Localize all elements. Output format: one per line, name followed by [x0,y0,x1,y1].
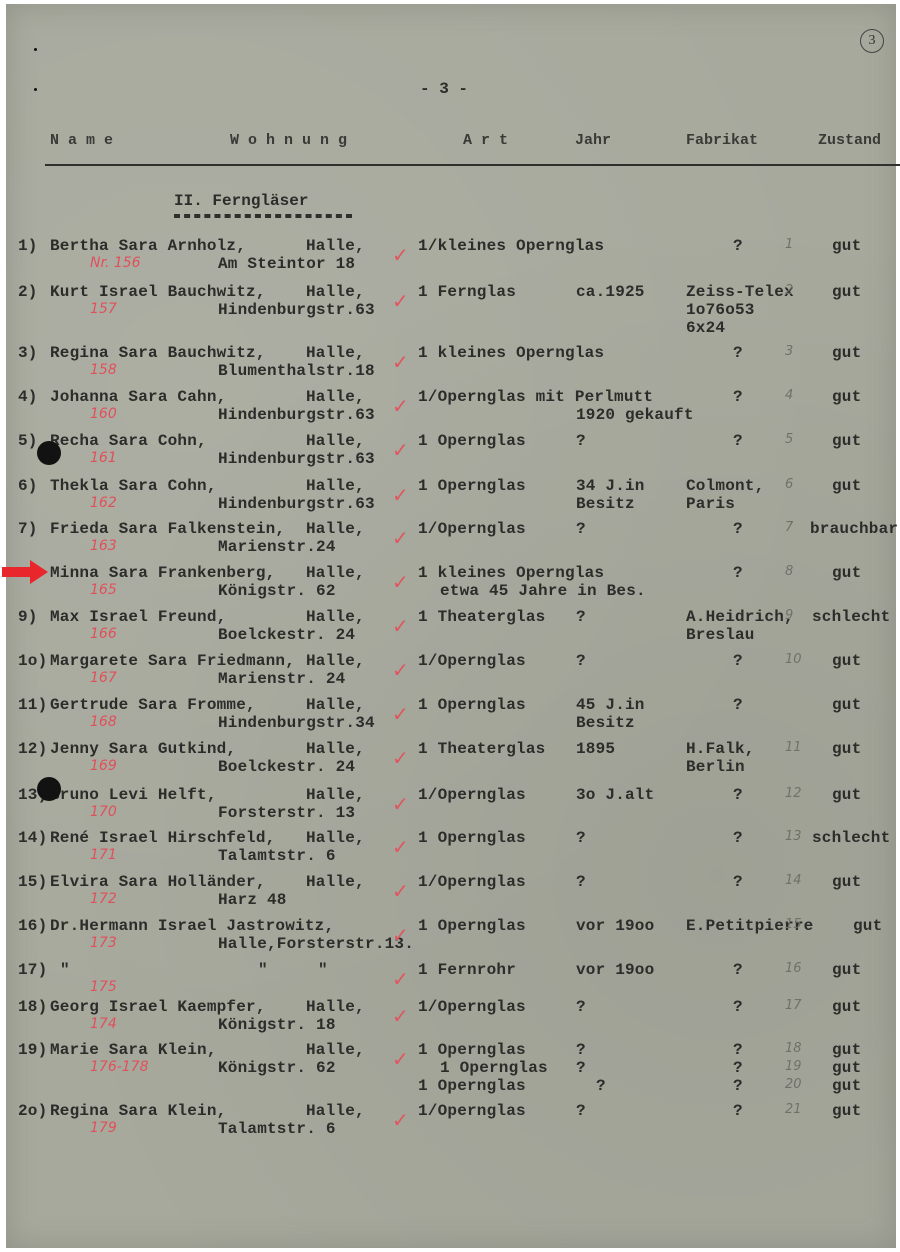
item-type: 1/kleines Opernglas [418,237,604,255]
owner-name: Jenny Sara Gutkind, [50,740,236,758]
red-checkmark-icon: ✓ [392,614,409,638]
item-maker-line2: Breslau [686,626,755,644]
item-year: ? [576,1041,586,1059]
pencil-count: 5 [785,432,793,447]
owner-name: Regina Sara Bauchwitz, [50,344,266,362]
address-street: Königstr. 62 [218,1059,336,1077]
red-reference-number: 161 [90,450,117,466]
address-city: Halle, [306,477,365,495]
owner-name: René Israel Hirschfeld, [50,829,275,847]
owner-name: Dr.Hermann Israel Jastrowitz, [50,917,334,935]
item-type: 1/Opernglas mit Perlmutt [418,388,653,406]
pencil-count: 6 [785,477,793,492]
item-maker: ? [733,344,743,362]
red-checkmark-icon: ✓ [392,483,409,507]
owner-name: Marie Sara Klein, [50,1041,217,1059]
item-maker: ? [733,873,743,891]
address-city: Halle, [306,652,365,670]
row-number: 1) [18,237,38,255]
item-maker: ? [733,520,743,538]
red-reference-number: 163 [90,538,117,554]
red-checkmark-icon: ✓ [392,1108,409,1132]
punch-hole [37,777,61,801]
address-street: Talamtstr. 6 [218,1120,336,1138]
pencil-count: 16 [785,961,802,976]
red-checkmark-icon: ✓ [392,350,409,374]
red-checkmark-icon: ✓ [392,879,409,903]
address-city: Halle, [306,388,365,406]
address-street: Königstr. 62 [218,582,336,600]
item-type: 1 Fernrohr [418,961,516,979]
row-number: 16) [18,917,47,935]
pencil-count: 7 [785,520,793,535]
owner-name: Minna Sara Frankenberg, [50,564,275,582]
item-maker-line3: ? [733,1077,743,1095]
item-maker-line2: 1o76o53 [686,301,755,319]
red-checkmark-icon: ✓ [392,923,409,947]
item-type: 1 Theaterglas [418,740,545,758]
item-condition: gut [832,564,861,582]
column-header-zustand: Zustand [818,132,881,149]
item-maker-line2: Berlin [686,758,745,776]
item-condition: schlecht [812,829,890,847]
item-year: ? [576,1102,586,1120]
pencil-count: 11 [785,740,802,755]
section-title: II. Ferngläser [174,192,308,210]
address-street: Am Steintor 18 [218,255,355,273]
item-type: 1 Opernglas [418,1077,526,1095]
red-reference-number: 167 [90,670,117,686]
item-note: 1 Opernglas [440,1059,548,1077]
punch-hole [37,441,61,465]
item-condition: gut [832,237,861,255]
item-year: vor 19oo [576,961,654,979]
address-city: Halle, [306,237,365,255]
item-maker-line2: Paris [686,495,735,513]
item-type: 1 kleines Opernglas [418,564,604,582]
address-street: Harz 48 [218,891,287,909]
address-city: Halle, [306,998,365,1016]
street-ditto: " [318,961,328,979]
pencil-count: 13 [785,829,802,844]
pencil-count: 4 [785,388,793,403]
red-reference-number: 171 [90,847,117,863]
row-number: 18) [18,998,47,1016]
address-street: Talamtstr. 6 [218,847,336,865]
item-year-line2: Besitz [576,495,635,513]
address-street: Hindenburgstr.63 [218,450,375,468]
pencil-count: 14 [785,873,802,888]
circled-page-number: 3 [860,29,884,53]
address-city: Halle, [306,786,365,804]
item-maker: Zeiss-Telex [686,283,794,301]
item-year: ? [596,1077,606,1095]
address-street: Marienstr.24 [218,538,336,556]
row-number: 2) [18,283,38,301]
highlight-arrow-icon [2,560,48,584]
page-number: - 3 - [420,80,468,98]
row-number: 7) [18,520,38,538]
red-reference-number: 165 [90,582,117,598]
item-year: ? [576,998,586,1016]
item-maker: H.Falk, [686,740,755,758]
item-condition: gut [832,998,861,1016]
address-street: Hindenburgstr.34 [218,714,375,732]
red-checkmark-icon: ✓ [392,658,409,682]
item-type: 1/Opernglas [418,652,526,670]
owner-name: Georg Israel Kaempfer, [50,998,266,1016]
owner-name: Thekla Sara Cohn, [50,477,217,495]
address-city: Halle, [306,696,365,714]
pencil-count: 15 [785,917,802,932]
address-city: Halle, [306,608,365,626]
item-year: ? [576,432,586,450]
pencil-count: 10 [785,652,802,667]
pencil-count: 1 [785,237,793,252]
row-number: 6) [18,477,38,495]
row-number: 3) [18,344,38,362]
owner-name: Recha Sara Cohn, [50,432,207,450]
item-maker: ? [733,696,743,714]
red-reference-number: 169 [90,758,117,774]
address-city: Halle, [306,829,365,847]
address-city: Halle, [306,1041,365,1059]
header-rule [45,164,900,166]
red-checkmark-icon: ✓ [392,243,409,267]
red-checkmark-icon: ✓ [392,746,409,770]
item-year: ? [576,873,586,891]
red-reference-number: 179 [90,1120,117,1136]
pencil-count: 3 [785,344,793,359]
owner-name: Elvira Sara Holländer, [50,873,266,891]
item-year: ca.1925 [576,283,645,301]
row-number: 2o) [18,1102,47,1120]
item-condition: gut [832,696,861,714]
red-checkmark-icon: ✓ [392,289,409,313]
item-type: 1 Opernglas [418,696,526,714]
item-type: 1 Opernglas [418,1041,526,1059]
address-street: Halle,Forsterstr.13. [218,935,414,953]
red-reference-number: 158 [90,362,117,378]
item-maker: ? [733,786,743,804]
item-type: 1/Opernglas [418,1102,526,1120]
red-reference-number: 174 [90,1016,117,1032]
address-street: Boelckestr. 24 [218,626,355,644]
item-condition: gut [832,1041,861,1059]
item-maker: A.Heidrich, [686,608,794,626]
item-condition: gut [832,477,861,495]
item-type: 1 kleines Opernglas [418,344,604,362]
item-year: ? [576,652,586,670]
red-reference-number: 172 [90,891,117,907]
item-year: 34 J.in [576,477,645,495]
address-street: Blumenthalstr.18 [218,362,375,380]
item-note: etwa 45 Jahre in Bes. [440,582,646,600]
item-year: ? [576,608,586,626]
section-underline [174,214,352,218]
row-number: 12) [18,740,47,758]
item-maker: ? [733,829,743,847]
item-condition: gut [832,432,861,450]
item-condition: gut [832,652,861,670]
address-street: Hindenburgstr.63 [218,301,375,319]
item-year: vor 19oo [576,917,654,935]
item-condition: gut [832,961,861,979]
address-street: Hindenburgstr.63 [218,495,375,513]
item-maker: ? [733,998,743,1016]
item-maker: ? [733,564,743,582]
address-city: Halle, [306,1102,365,1120]
red-checkmark-icon: ✓ [392,438,409,462]
red-reference-number: 166 [90,626,117,642]
address-street: Hindenburgstr.63 [218,406,375,424]
item-condition: gut [832,1077,861,1095]
row-number: 14) [18,829,47,847]
address-street: Königstr. 18 [218,1016,336,1034]
item-condition: gut [832,786,861,804]
item-note: 1920 gekauft [576,406,694,424]
item-type: 1 Theaterglas [418,608,545,626]
pencil-count: 17 [785,998,802,1013]
red-reference-number: 173 [90,935,117,951]
address-city: Halle, [306,344,365,362]
red-checkmark-icon: ✓ [392,702,409,726]
owner-name: Bertha Sara Arnholz, [50,237,246,255]
owner-name: Max Israel Freund, [50,608,226,626]
address-city: Halle, [306,283,365,301]
red-checkmark-icon: ✓ [392,967,409,991]
red-reference-number: Nr. 156 [90,255,141,271]
item-maker: ? [733,388,743,406]
owner-name: Johanna Sara Cahn, [50,388,226,406]
red-checkmark-icon: ✓ [392,526,409,550]
row-number: 11) [18,696,47,714]
pencil-count: 19 [785,1059,802,1074]
owner-name: Bruno Levi Helft, [50,786,217,804]
item-condition: schlecht [812,608,890,626]
red-checkmark-icon: ✓ [392,394,409,418]
column-header-jahr: Jahr [575,132,611,149]
pencil-count: 20 [785,1077,802,1092]
name-ditto: " [60,961,70,979]
item-condition: brauchbar [810,520,898,538]
red-checkmark-icon: ✓ [392,835,409,859]
address-city: Halle, [306,740,365,758]
pencil-count: 8 [785,564,793,579]
red-reference-number: 176-178 [90,1059,149,1075]
red-reference-number: 170 [90,804,117,820]
punch-mark [34,88,37,91]
item-condition: gut [832,1102,861,1120]
pencil-count: 2 [785,283,793,298]
address-city: Halle, [306,564,365,582]
city-ditto: " [258,961,268,979]
item-year: ? [576,829,586,847]
item-maker: ? [733,237,743,255]
item-maker-line3: 6x24 [686,319,725,337]
address-street: Marienstr. 24 [218,670,345,688]
red-reference-number: 160 [90,406,117,422]
red-reference-number: 162 [90,495,117,511]
pencil-count: 18 [785,1041,802,1056]
item-year: 1895 [576,740,615,758]
item-condition: gut [832,740,861,758]
item-type: 1 Opernglas [418,917,526,935]
row-number: 5) [18,432,38,450]
red-checkmark-icon: ✓ [392,570,409,594]
pencil-count: 21 [785,1102,802,1117]
address-street: Forsterstr. 13 [218,804,355,822]
item-maker: ? [733,432,743,450]
column-header-fabrikat: Fabrikat [686,132,758,149]
address-street: Boelckestr. 24 [218,758,355,776]
row-number: 19) [18,1041,47,1059]
item-condition: gut [832,388,861,406]
red-reference-number: 168 [90,714,117,730]
item-maker-line2: ? [733,1059,743,1077]
item-condition: gut [832,283,861,301]
item-type: 1 Fernglas [418,283,516,301]
item-maker: ? [733,652,743,670]
row-number: 4) [18,388,38,406]
item-type: 1 Opernglas [418,829,526,847]
red-checkmark-icon: ✓ [392,792,409,816]
item-type: 1 Opernglas [418,477,526,495]
item-maker: ? [733,1102,743,1120]
item-condition: gut [832,873,861,891]
red-checkmark-icon: ✓ [392,1047,409,1071]
red-checkmark-icon: ✓ [392,1004,409,1028]
item-maker: ? [733,1041,743,1059]
item-year: 3o J.alt [576,786,654,804]
row-number: 17) [18,961,47,979]
owner-name: Margarete Sara Friedmann, [50,652,295,670]
column-header-name: N a m e [50,132,113,149]
punch-mark [34,48,37,51]
address-city: Halle, [306,520,365,538]
red-reference-number: 175 [90,979,117,995]
item-type: 1/Opernglas [418,873,526,891]
address-city: Halle, [306,432,365,450]
column-header-art: A r t [463,132,508,149]
item-condition: gut [853,917,882,935]
pencil-count: 12 [785,786,802,801]
item-type: 1 Opernglas [418,432,526,450]
address-city: Halle, [306,873,365,891]
owner-name: Gertrude Sara Fromme, [50,696,256,714]
column-header-wohnung: W o h n u n g [230,132,347,149]
owner-name: Frieda Sara Falkenstein, [50,520,285,538]
item-maker: Colmont, [686,477,764,495]
red-reference-number: 157 [90,301,117,317]
item-maker: ? [733,961,743,979]
item-year: ? [576,520,586,538]
pencil-count: 9 [785,608,793,623]
row-number: 15) [18,873,47,891]
item-year-line2: ? [576,1059,586,1077]
item-type: 1/Opernglas [418,520,526,538]
item-year: 45 J.in [576,696,645,714]
row-number: 9) [18,608,38,626]
item-type: 1/Opernglas [418,786,526,804]
item-condition: gut [832,1059,861,1077]
row-number: 1o) [18,652,47,670]
item-year-line2: Besitz [576,714,635,732]
owner-name: Regina Sara Klein, [50,1102,226,1120]
item-type: 1/Opernglas [418,998,526,1016]
owner-name: Kurt Israel Bauchwitz, [50,283,266,301]
item-condition: gut [832,344,861,362]
